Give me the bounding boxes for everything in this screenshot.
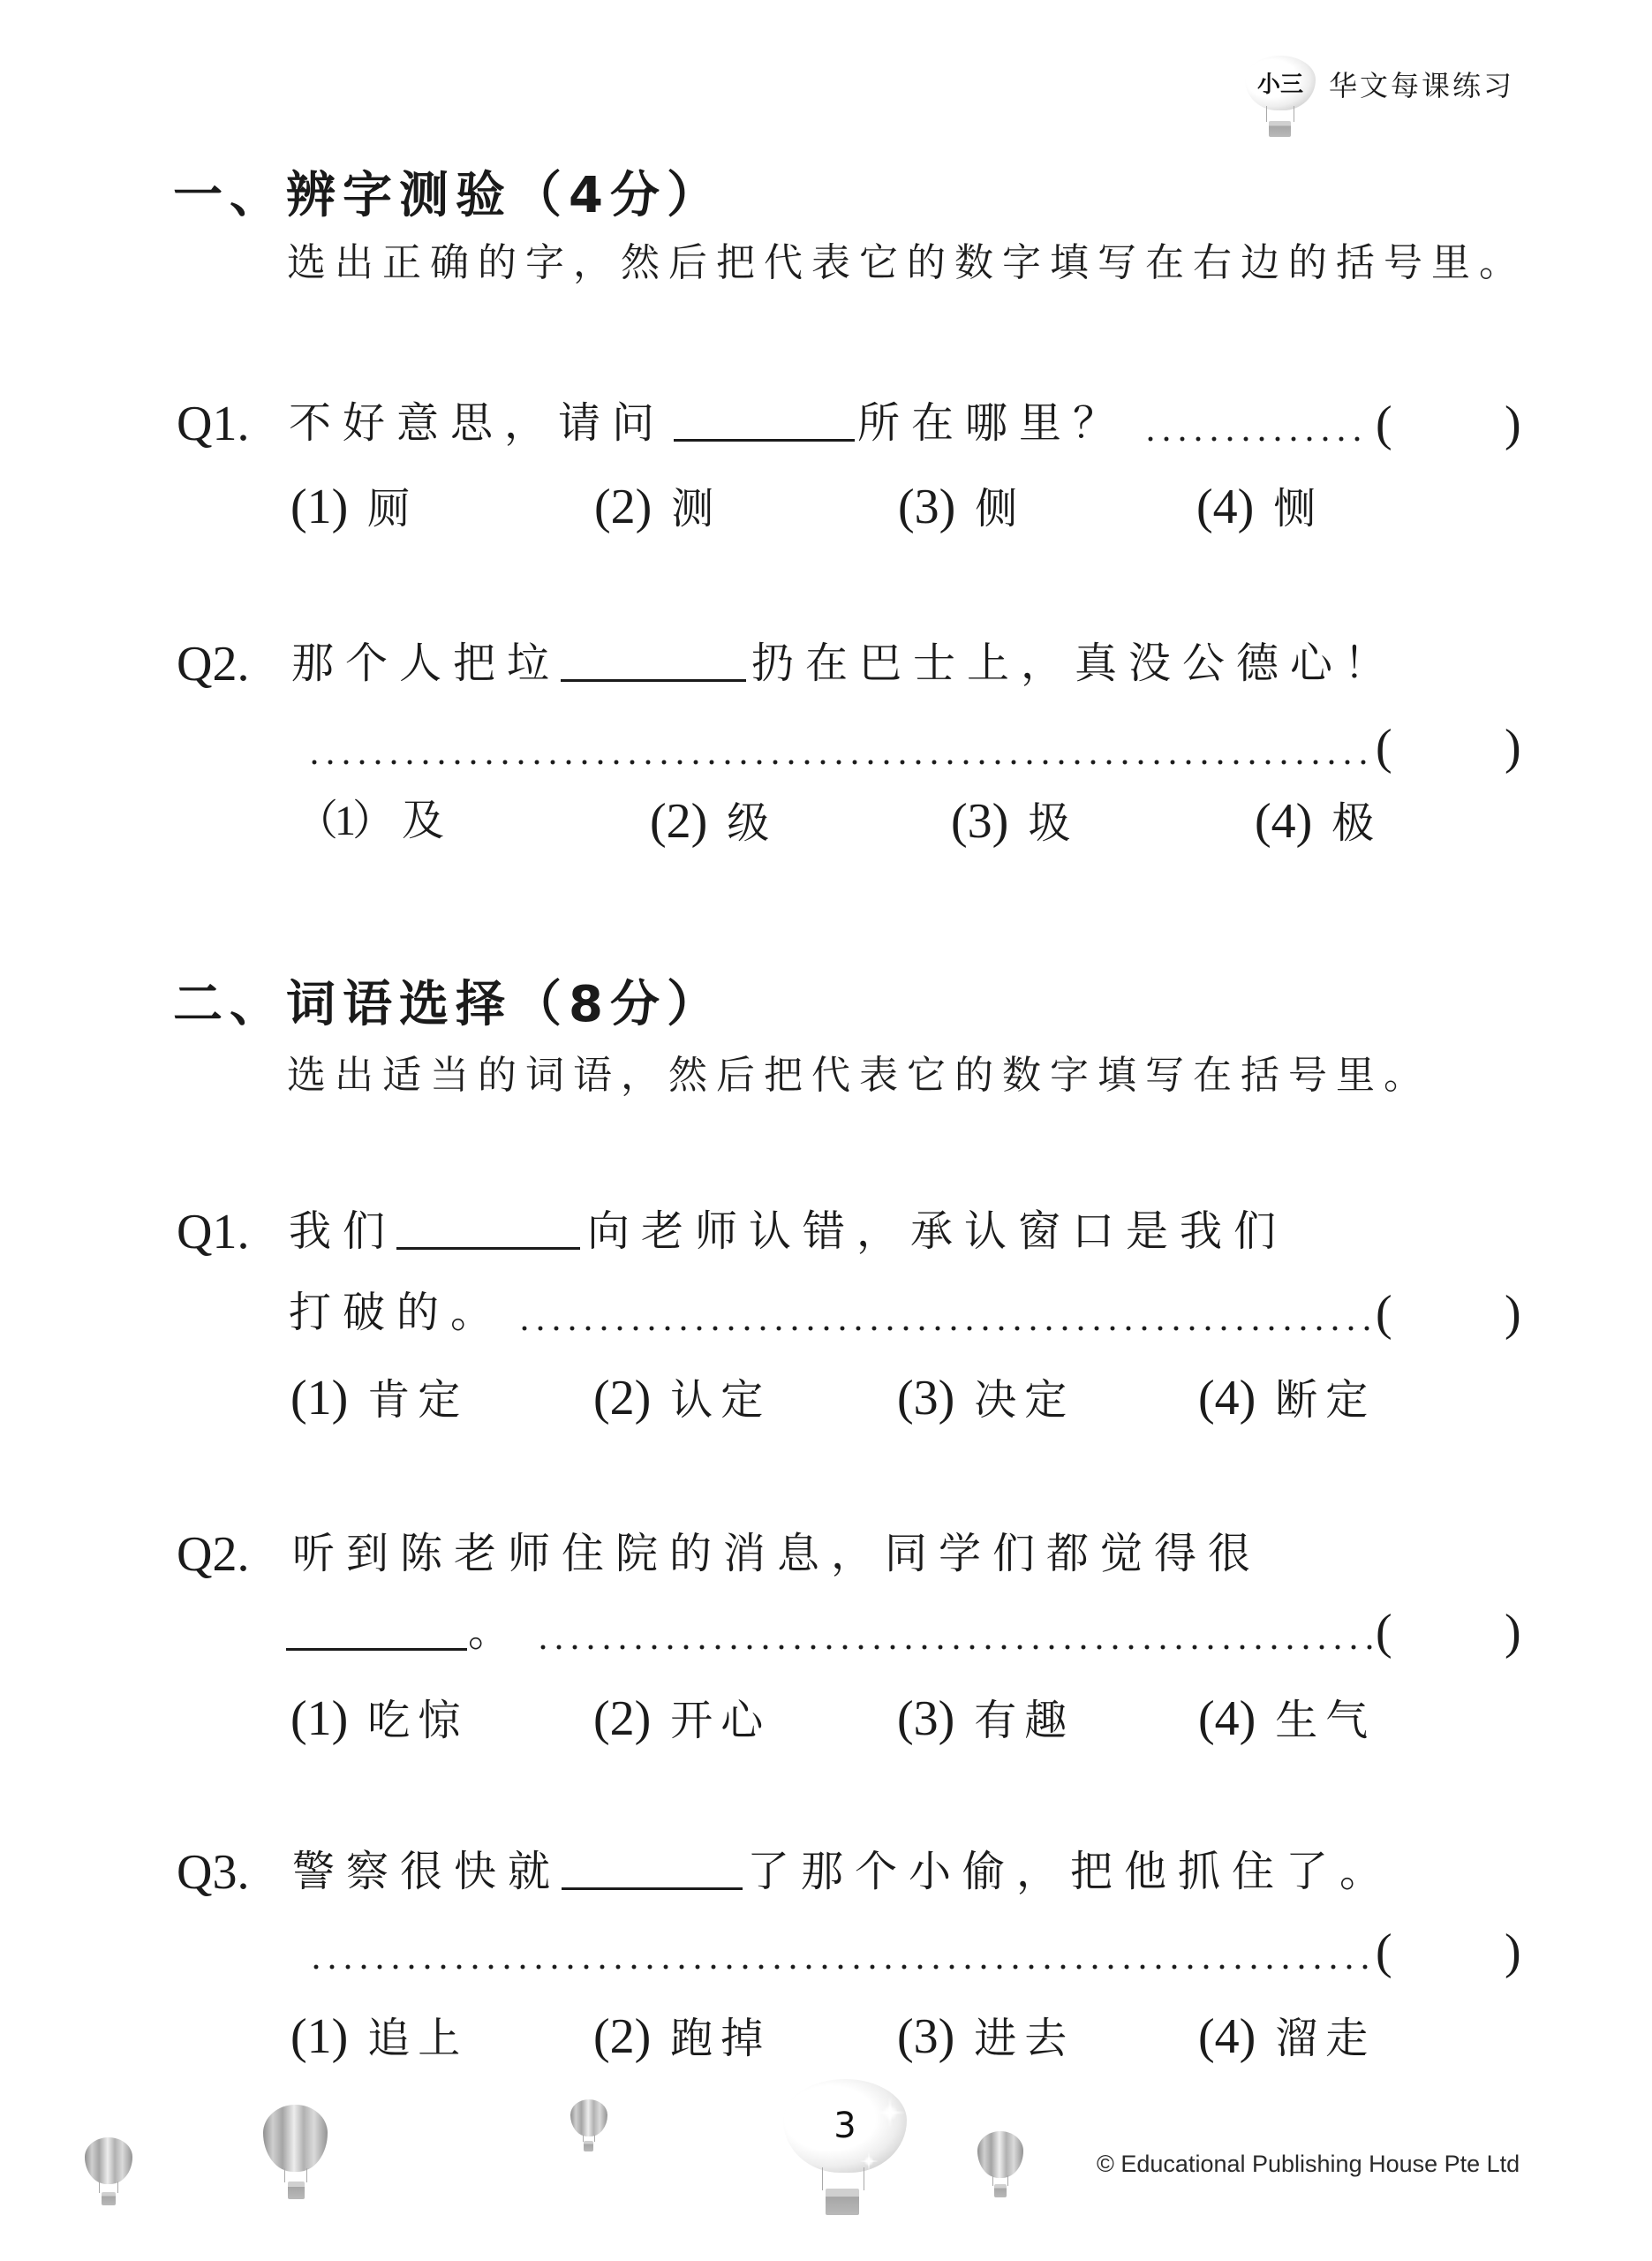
option-text: 开心 — [670, 1698, 771, 1744]
s1-q1-line: Q1. 不好意思，请问 所在哪里？ ( ) — [0, 397, 1652, 450]
option-1: (1)吃惊 — [290, 1692, 468, 1748]
option-text: 决定 — [974, 1377, 1075, 1424]
question-number: Q2. — [177, 638, 249, 691]
option-1: (1)肯定 — [290, 1372, 468, 1427]
question-number: Q2. — [177, 1528, 249, 1581]
balloon-basket — [584, 2141, 593, 2151]
balloon-ropes — [822, 2167, 864, 2190]
option-label: （1） — [296, 798, 391, 844]
balloon-basket — [1269, 121, 1291, 137]
question-text-before-blank: 我们 — [289, 1206, 396, 1259]
option-text: 有趣 — [974, 1698, 1075, 1744]
option-label: (2) — [594, 480, 652, 534]
section-2-heading: 二、词语选择（8分） — [173, 977, 723, 1033]
hot-air-balloon-icon — [977, 2131, 1023, 2200]
hot-air-balloon-icon — [263, 2105, 328, 2202]
option-text: 及 — [402, 798, 452, 844]
balloon-basket — [102, 2192, 116, 2205]
answer-bracket-open: ( — [1376, 397, 1392, 450]
s2-q1-answer-line: 打破的。 ( ) — [0, 1287, 1652, 1340]
option-text: 圾 — [1028, 800, 1078, 847]
option-label: (1) — [290, 1371, 348, 1425]
s2-q3-answer-line: ( ) — [0, 1925, 1652, 1978]
worksheet-page: 小三 华文每课练习 一、辨字测验（4分） 选出正确的字，然后把代表它的数字填写在… — [0, 0, 1652, 2261]
option-4: (4)生气 — [1198, 1692, 1376, 1748]
dotted-leader — [535, 1645, 1377, 1650]
s2-q3-options: (1)追上 (2)跑掉 (3)进去 (4)溜走 — [0, 2010, 1652, 2063]
option-3: (3)圾 — [951, 795, 1078, 851]
option-text: 跑掉 — [670, 2015, 771, 2062]
option-label: (2) — [593, 1371, 651, 1425]
option-label: (3) — [897, 1691, 954, 1746]
question-number: Q3. — [177, 1846, 249, 1899]
page-number-balloon-icon — [783, 2079, 907, 2217]
option-1: (1)厕 — [290, 480, 418, 536]
hot-air-balloon-icon — [85, 2137, 132, 2208]
answer-bracket-close: ) — [1505, 1925, 1521, 1978]
fill-in-blank-line — [396, 1247, 580, 1250]
option-3: (3)有趣 — [897, 1692, 1075, 1748]
balloon-basket — [994, 2184, 1007, 2197]
option-label: (4) — [1196, 480, 1254, 534]
option-3: (3)决定 — [897, 1372, 1075, 1427]
option-2: (2)开心 — [593, 1692, 771, 1748]
fill-in-blank-line — [562, 1887, 743, 1890]
answer-bracket-open: ( — [1376, 721, 1392, 774]
option-text: 吃惊 — [367, 1698, 468, 1744]
s2-q1-options: (1)肯定 (2)认定 (3)决定 (4)断定 — [0, 1372, 1652, 1425]
section-2-instruction: 选出适当的词语，然后把代表它的数字填写在括号里。 — [287, 1051, 1431, 1100]
grade-badge: 小三 — [1245, 72, 1316, 98]
option-text: 恻 — [1273, 486, 1324, 533]
option-label: (1) — [290, 480, 348, 534]
s1-q2-options: （1）及 (2)级 (3)圾 (4)极 — [0, 795, 1652, 848]
copyright-notice: © Educational Publishing House Pte Ltd — [1097, 2151, 1520, 2177]
hot-air-balloon-icon — [570, 2099, 607, 2152]
option-2: (2)测 — [594, 480, 721, 536]
option-label: (2) — [593, 1691, 651, 1746]
option-text: 认定 — [670, 1377, 771, 1424]
book-title: 华文每课练习 — [1329, 68, 1514, 103]
answer-bracket-open: ( — [1376, 1606, 1392, 1659]
option-label: (4) — [1198, 2009, 1256, 2064]
option-text: 生气 — [1275, 1698, 1376, 1744]
dotted-leader — [306, 760, 1371, 765]
question-text-before-blank: 听到陈老师住院的消息，同学们都觉得很 — [292, 1528, 1262, 1581]
s2-q2-answer-line: 。 ( ) — [0, 1606, 1652, 1659]
question-number: Q1. — [177, 1206, 249, 1259]
section-1-heading: 一、辨字测验（4分） — [173, 168, 723, 224]
option-label: (3) — [897, 2009, 954, 2064]
option-label: (4) — [1198, 1691, 1256, 1746]
question-text-after-blank: 扔在巴士上，真没公德心！ — [751, 638, 1398, 691]
option-4: (4)溜走 — [1198, 2010, 1376, 2066]
option-2: (2)跑掉 — [593, 2010, 771, 2066]
s1-q2-line: Q2. 那个人把垃 扔在巴士上，真没公德心！ — [0, 638, 1652, 691]
sparkle-icon — [859, 2151, 879, 2171]
option-text: 测 — [671, 486, 721, 533]
balloon-basket — [826, 2189, 859, 2215]
question-text-before-blank: 不好意思，请问 — [289, 397, 666, 450]
dotted-leader — [308, 1964, 1373, 1970]
option-label: (4) — [1198, 1371, 1256, 1425]
option-1: （1）及 — [296, 795, 452, 848]
balloon-envelope — [570, 2099, 607, 2136]
question-text-after-blank: 了那个小偷，把他抓住了。 — [747, 1846, 1393, 1899]
option-text: 厕 — [367, 486, 418, 533]
question-text-after-blank: 所在哪里？ — [857, 397, 1127, 450]
s1-q2-answer-line: ( ) — [0, 721, 1652, 774]
balloon-envelope — [85, 2137, 132, 2184]
fill-in-blank-line — [286, 1648, 467, 1651]
option-text: 断定 — [1275, 1377, 1376, 1424]
page-number: 3 — [781, 2106, 909, 2145]
answer-bracket-close: ) — [1505, 1287, 1521, 1340]
option-1: (1)追上 — [290, 2010, 468, 2066]
option-text: 溜走 — [1275, 2015, 1376, 2062]
option-label: (3) — [898, 480, 955, 534]
s2-q3-line: Q3. 警察很快就 了那个小偷，把他抓住了。 — [0, 1846, 1652, 1899]
answer-bracket-close: ) — [1505, 1606, 1521, 1659]
answer-bracket-close: ) — [1505, 721, 1521, 774]
option-2: (2)认定 — [593, 1372, 771, 1427]
balloon-envelope — [977, 2131, 1023, 2178]
answer-bracket-open: ( — [1376, 1287, 1392, 1340]
option-label: (1) — [290, 1691, 348, 1746]
balloon-ropes — [284, 2168, 307, 2182]
s2-q1-line: Q1. 我们 向老师认错，承认窗口是我们 — [0, 1206, 1652, 1259]
balloon-basket — [288, 2182, 305, 2199]
balloon-envelope — [263, 2105, 328, 2172]
answer-bracket-open: ( — [1376, 1925, 1392, 1978]
option-3: (3)进去 — [897, 2010, 1075, 2066]
option-3: (3)侧 — [898, 480, 1025, 536]
option-label: (3) — [897, 1371, 954, 1425]
question-number: Q1. — [177, 397, 249, 450]
balloon-ropes — [1266, 106, 1294, 122]
option-2: (2)级 — [650, 795, 777, 851]
dotted-leader — [1143, 436, 1365, 442]
section-1-instruction: 选出正确的字，然后把代表它的数字填写在右边的括号里。 — [287, 238, 1527, 288]
option-text: 肯定 — [367, 1377, 468, 1424]
option-label: (1) — [290, 2009, 348, 2064]
option-text: 侧 — [975, 486, 1025, 533]
question-text-after-blank: 向老师认错，承认窗口是我们 — [587, 1206, 1287, 1259]
option-text: 追上 — [367, 2015, 468, 2062]
question-text-after-blank: 。 — [468, 1606, 522, 1659]
question-text-before-blank: 那个人把垃 — [291, 638, 561, 691]
option-label: (2) — [593, 2009, 651, 2064]
option-4: (4)恻 — [1196, 480, 1324, 536]
s1-q1-options: (1)厕 (2)测 (3)侧 (4)恻 — [0, 480, 1652, 533]
dotted-leader — [517, 1326, 1375, 1331]
option-label: (4) — [1255, 794, 1312, 849]
option-label: (2) — [650, 794, 707, 849]
option-4: (4)断定 — [1198, 1372, 1376, 1427]
option-text: 进去 — [974, 2015, 1075, 2062]
s2-q2-line: Q2. 听到陈老师住院的消息，同学们都觉得很 — [0, 1528, 1652, 1581]
s2-q2-options: (1)吃惊 (2)开心 (3)有趣 (4)生气 — [0, 1692, 1652, 1745]
fill-in-blank-line — [561, 679, 746, 682]
option-4: (4)极 — [1255, 795, 1382, 851]
answer-bracket-close: ) — [1505, 397, 1521, 450]
question-text-before-blank: 警察很快就 — [292, 1846, 562, 1899]
question-continuation: 打破的。 — [289, 1287, 504, 1340]
option-text: 级 — [727, 800, 777, 847]
option-text: 极 — [1331, 800, 1382, 847]
option-label: (3) — [951, 794, 1008, 849]
fill-in-blank-line — [674, 439, 855, 442]
